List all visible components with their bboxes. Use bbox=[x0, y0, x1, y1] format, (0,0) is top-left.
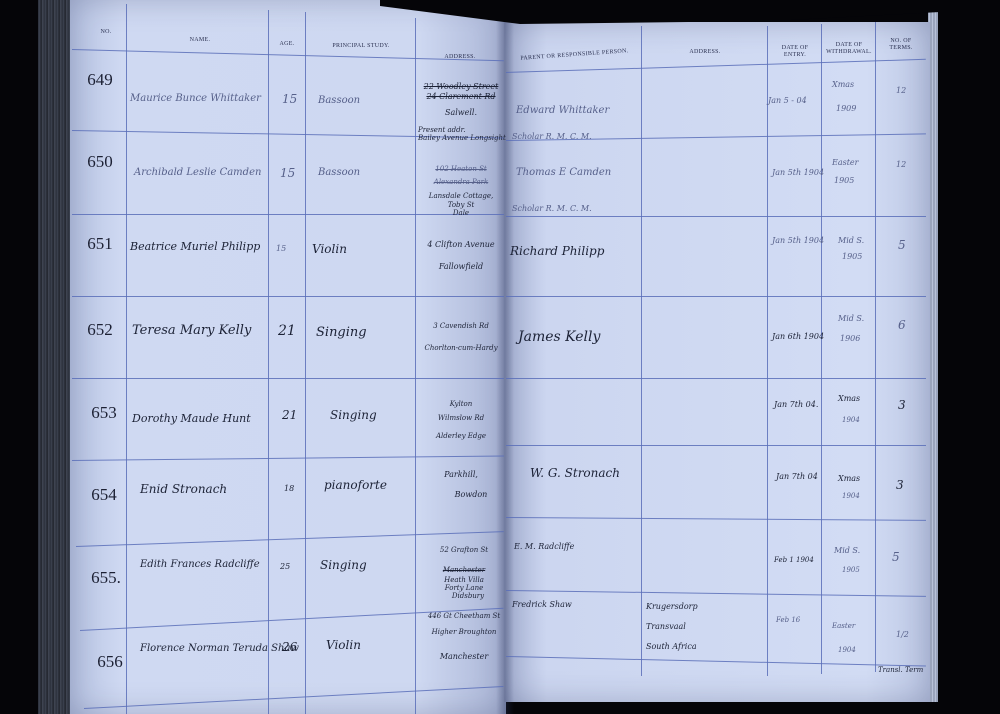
entry-number: 653 bbox=[76, 403, 132, 423]
date-withdrawal: Xmas bbox=[832, 80, 854, 89]
student-name: Beatrice Muriel Philipp bbox=[130, 240, 260, 254]
address: Fallowfield bbox=[418, 262, 504, 271]
parent-name: Fredrick Shaw bbox=[512, 600, 572, 609]
student-age: 18 bbox=[284, 484, 294, 493]
parent-address: South Africa bbox=[646, 642, 697, 651]
address: Lansdale Cottage, bbox=[418, 192, 504, 200]
date-withdrawal: Mid S. bbox=[838, 236, 864, 245]
principal-study: Singing bbox=[320, 558, 367, 572]
address-struck: 24 Clarement Rd bbox=[418, 92, 504, 101]
address-struck: Alexandra Park bbox=[418, 178, 504, 186]
date-entry: Feb 1 1904 bbox=[774, 556, 814, 564]
terms-count: 1/2 bbox=[896, 630, 909, 639]
principal-study: Bassoon bbox=[318, 166, 360, 180]
date-withdrawal: 1905 bbox=[834, 176, 854, 185]
address: Chorlton-cum-Hardy bbox=[418, 344, 504, 352]
parent-note: Scholar R. M. C. M. bbox=[512, 132, 592, 141]
student-age: 15 bbox=[282, 92, 297, 106]
header-no: No. bbox=[96, 29, 116, 36]
parent-name: W. G. Stronach bbox=[530, 466, 620, 480]
student-age: 15 bbox=[280, 166, 295, 180]
parent-note: Scholar R. M. C. M. bbox=[512, 204, 592, 213]
address: Manchester bbox=[424, 566, 504, 574]
date-withdrawal: Easter bbox=[832, 158, 859, 167]
principal-study: Violin bbox=[312, 242, 347, 256]
date-withdrawal: 1905 bbox=[842, 252, 862, 261]
terms-count: 6 bbox=[898, 318, 906, 332]
date-withdrawal: 1906 bbox=[840, 334, 860, 343]
address: Manchester bbox=[422, 652, 506, 661]
student-name: Teresa Mary Kelly bbox=[132, 324, 251, 338]
header-name: Name. bbox=[150, 37, 250, 44]
date-entry: Jan 5th 1904 bbox=[772, 236, 824, 245]
row-rule bbox=[506, 378, 926, 379]
rule bbox=[641, 26, 642, 676]
terms-count: 12 bbox=[896, 160, 906, 169]
student-age: 15 bbox=[276, 244, 286, 253]
rule bbox=[415, 18, 416, 714]
date-entry: Feb 16 bbox=[776, 616, 800, 624]
date-withdrawal: Xmas bbox=[838, 394, 860, 403]
row-rule bbox=[506, 296, 926, 297]
rule bbox=[875, 22, 876, 672]
student-name: Dorothy Maude Hunt bbox=[132, 412, 251, 426]
parent-name: Edward Whittaker bbox=[516, 104, 609, 118]
student-age: 26 bbox=[282, 640, 297, 654]
address: 52 Grafton St bbox=[424, 546, 504, 554]
terms-count: 5 bbox=[898, 238, 906, 252]
principal-study: Violin bbox=[326, 638, 361, 652]
header-age: Age. bbox=[270, 41, 304, 48]
date-withdrawal: Mid S. bbox=[838, 314, 864, 323]
address-struck: 102 Heaton St bbox=[418, 165, 504, 173]
header-principal-study: Principal Study. bbox=[308, 43, 414, 50]
address-note: Didsbury bbox=[428, 592, 508, 600]
date-entry: Jan 7th 04 bbox=[776, 472, 818, 481]
address: Wilmslow Rd bbox=[418, 414, 504, 422]
address: Salwell. bbox=[418, 108, 504, 117]
entry-number: 652 bbox=[72, 320, 128, 340]
principal-study: Bassoon bbox=[318, 94, 360, 108]
entry-number: 655. bbox=[78, 568, 134, 588]
date-entry: Jan 5 - 04 bbox=[768, 96, 807, 105]
address: 4 Clifton Avenue bbox=[418, 240, 504, 249]
parent-address: Krugersdorp bbox=[646, 602, 698, 611]
date-withdrawal: 1905 bbox=[842, 566, 860, 574]
header-address: Address. bbox=[430, 54, 490, 61]
rule bbox=[305, 12, 306, 714]
header-date-entry: Date of Entry. bbox=[772, 45, 818, 59]
terms-count: 3 bbox=[896, 478, 904, 492]
address: Alderley Edge bbox=[418, 432, 504, 440]
entry-number: 654 bbox=[76, 485, 132, 505]
row-rule bbox=[506, 216, 926, 217]
date-withdrawal: 1904 bbox=[842, 416, 860, 424]
row-rule bbox=[72, 296, 504, 297]
address: Toby St bbox=[418, 201, 504, 209]
address: Kylton bbox=[418, 400, 504, 408]
student-name: Edith Frances Radcliffe bbox=[140, 558, 260, 572]
rule bbox=[268, 10, 269, 714]
principal-study: pianoforte bbox=[324, 478, 387, 492]
terms-count: 5 bbox=[892, 550, 900, 564]
student-name: Archibald Leslie Camden bbox=[134, 166, 261, 180]
terms-count: 3 bbox=[898, 398, 906, 412]
rule bbox=[767, 26, 768, 676]
header-no-terms: No. of Terms. bbox=[878, 38, 924, 52]
terms-note: Transl. Term bbox=[878, 666, 923, 674]
date-withdrawal: Xmas bbox=[838, 474, 860, 483]
parent-name: Richard Philipp bbox=[510, 244, 604, 258]
address-note: Bailey Avenue Longsight bbox=[418, 134, 506, 142]
parent-name: James Kelly bbox=[518, 330, 600, 344]
parent-name: Thomas E Camden bbox=[516, 166, 611, 180]
entry-number: 656 bbox=[82, 652, 138, 672]
address: 3 Cavendish Rd bbox=[418, 322, 504, 330]
entry-number: 650 bbox=[72, 152, 128, 172]
address-note: Forty Lane bbox=[424, 584, 504, 592]
date-entry: Jan 5th 1904 bbox=[772, 168, 824, 177]
address: Parkhill, bbox=[418, 470, 504, 479]
date-withdrawal: 1904 bbox=[842, 492, 860, 500]
date-withdrawal: Easter bbox=[832, 622, 855, 630]
address: Dale bbox=[418, 209, 504, 217]
date-entry: Jan 7th 04. bbox=[774, 400, 818, 409]
address-note: Heath Villa bbox=[424, 576, 504, 584]
principal-study: Singing bbox=[330, 408, 377, 422]
row-rule bbox=[72, 378, 504, 379]
parent-name: E. M. Radcliffe bbox=[514, 542, 574, 551]
parent-address: Transvaal bbox=[646, 622, 686, 631]
date-withdrawal: 1909 bbox=[836, 104, 856, 113]
row-rule bbox=[506, 445, 926, 446]
terms-count: 12 bbox=[896, 86, 906, 95]
address-struck: 22 Woodley Street bbox=[418, 82, 504, 91]
student-age: 25 bbox=[280, 562, 290, 571]
address-note: Present addr. bbox=[418, 126, 465, 134]
date-entry: Jan 6th 1904 bbox=[772, 332, 824, 341]
date-withdrawal: 1904 bbox=[838, 646, 856, 654]
header-date-withdrawal: Date of Withdrawal. bbox=[824, 42, 874, 56]
student-name: Maurice Bunce Whittaker bbox=[130, 92, 261, 106]
header-parent-address: Address. bbox=[660, 49, 750, 56]
rule bbox=[821, 24, 822, 674]
rule bbox=[126, 4, 127, 714]
book-page-edges bbox=[38, 0, 72, 714]
address: 446 Gt Cheetham St bbox=[422, 612, 506, 620]
date-withdrawal: Mid S. bbox=[834, 546, 860, 555]
student-name: Florence Norman Teruda Shaw bbox=[140, 642, 299, 656]
entry-number: 649 bbox=[72, 70, 128, 90]
student-age: 21 bbox=[278, 324, 296, 338]
entry-number: 651 bbox=[72, 234, 128, 254]
address: Higher Broughton bbox=[422, 628, 506, 636]
principal-study: Singing bbox=[316, 326, 367, 340]
address: Bowdon bbox=[428, 490, 514, 499]
student-name: Enid Stronach bbox=[140, 482, 227, 496]
student-age: 21 bbox=[282, 408, 297, 422]
